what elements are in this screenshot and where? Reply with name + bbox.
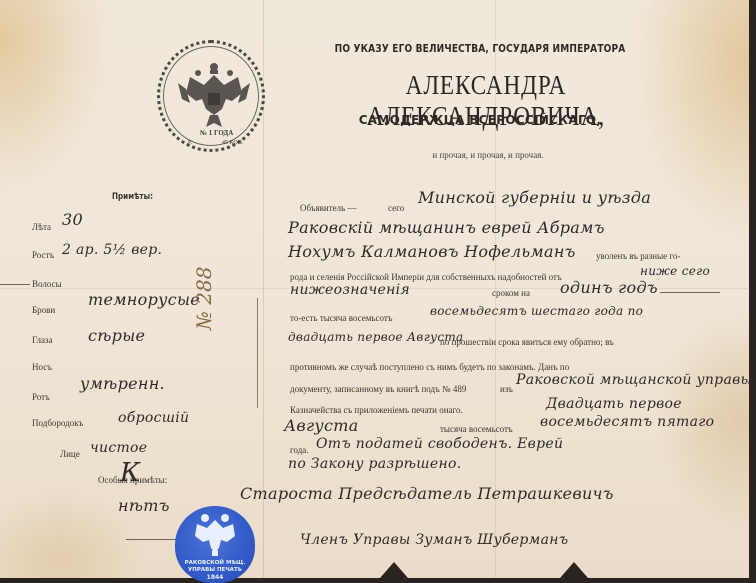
print-term-label: сроком на: [492, 288, 530, 298]
print-document-record: документу, записанному въ книгѣ подъ № 4…: [290, 384, 466, 394]
label-hair: Волосы: [32, 279, 62, 289]
paper-tear: [560, 562, 588, 578]
passport-document: № 1 ГОДА Р. 45 КОП. ПО УКАЗУ ЕГО ВЕЛИЧЕС…: [0, 0, 752, 578]
divider: [0, 284, 30, 285]
hw-from: ниже сего: [640, 264, 710, 278]
hw-year-to: восемьдесятъ шестаго года по: [430, 304, 643, 318]
value-chin: обросшій: [118, 410, 189, 426]
label-age: Лѣта: [32, 222, 51, 232]
initials-mark: К: [120, 458, 140, 488]
double-headed-eagle-icon: РАКОВСКОЙ МѢЩ. УПРАВЫ ПЕЧАТЬ 1844: [175, 506, 255, 583]
label-chin: Подбородокъ: [32, 418, 83, 428]
svg-text:1844: 1844: [207, 574, 224, 581]
paper-tear: [380, 562, 408, 578]
heading-line-4: и прочая, и прочая, и прочая.: [388, 150, 588, 160]
label-mouth: Ротъ: [32, 392, 50, 402]
hw-note-2: по Закону разрѣшено.: [288, 456, 461, 472]
marks-title: Примѣты:: [112, 192, 153, 202]
print-otherwise: противномъ же случаѣ поступлено съ нимъ …: [290, 362, 569, 372]
hw-day-to: двадцать первое Августа: [288, 330, 464, 344]
hw-bearer-name: Нохумъ Калмановъ Нофельманъ: [288, 242, 576, 261]
heading-line-3: САМОДЕРЖЦА ВСЕРОССІЙСКАГО,: [300, 113, 660, 127]
hw-issue-day: Двадцать первое: [546, 396, 682, 412]
double-headed-eagle-icon: № 1 ГОДА Р. 45 КОП.: [160, 43, 268, 155]
value-special-marks: нѣтъ: [118, 496, 170, 515]
hw-issue-year: восемьдесятъ пятаго: [540, 414, 714, 430]
divider: [660, 292, 720, 293]
hw-term: одинъ годъ: [560, 278, 658, 297]
value-mouth: умѣренн.: [80, 374, 165, 393]
signature-member: Членъ Управы Зуманъ Шуберманъ: [300, 532, 568, 548]
svg-text:45 КОП.: 45 КОП.: [222, 140, 244, 146]
label-nose: Носъ: [32, 362, 52, 372]
divider: [126, 539, 178, 540]
heading-line-1: ПО УКАЗУ ЕГО ВЕЛИЧЕСТВА, ГОСУДАРЯ ИМПЕРА…: [332, 42, 627, 55]
value-eyes: сѣрые: [88, 326, 145, 345]
print-purpose: рода и селенія Россійской Имперіи для со…: [290, 272, 562, 282]
serial-number: № 288: [192, 267, 216, 330]
label-height: Ростъ: [32, 250, 54, 260]
print-return: по прошествіи срока явиться ему обратно;…: [440, 337, 614, 347]
value-face: чистое: [90, 440, 147, 456]
hw-issue-month: Августа: [284, 416, 359, 435]
label-eyebrows: Брови: [32, 305, 55, 315]
revenue-seal: № 1 ГОДА Р. 45 КОП.: [157, 40, 265, 152]
bearer-label: Объявитель —: [300, 203, 357, 213]
print-thousand: тысяча восемьсотъ: [440, 424, 513, 434]
sego-label: сего: [388, 203, 404, 213]
print-uvolen: уволенъ въ разные го-: [596, 251, 680, 261]
value-height: 2 ар. 5½ вер.: [62, 242, 162, 258]
print-from: изъ: [500, 384, 513, 394]
hw-note-1: Отъ податей свободенъ. Еврей: [316, 436, 563, 452]
svg-text:№ 1 ГОДА: № 1 ГОДА: [199, 129, 233, 137]
hw-status-line: Раковскій мѣщанинъ еврей Абрамъ: [288, 218, 605, 237]
signature-elder: Староста Предсѣдатель Петрашкевичъ: [240, 484, 614, 503]
svg-text:РАКОВСКОЙ МѢЩ.: РАКОВСКОЙ МѢЩ.: [185, 558, 246, 566]
value-eyebrows: темнорусые: [88, 290, 200, 309]
blue-ink-seal: РАКОВСКОЙ МѢЩ. УПРАВЫ ПЕЧАТЬ 1844: [175, 506, 255, 583]
value-age: 30: [62, 210, 83, 229]
svg-text:УПРАВЫ ПЕЧАТЬ: УПРАВЫ ПЕЧАТЬ: [188, 567, 242, 573]
label-face: Лице: [60, 449, 80, 459]
print-to-est: то-есть тысяча восемьсотъ: [290, 313, 392, 323]
svg-text:Р.: Р.: [188, 140, 193, 146]
hw-date-from: нижеозначенія: [290, 282, 410, 298]
print-treasury: Казначейства съ приложеніемъ печати онаг…: [290, 405, 463, 415]
divider: [257, 298, 258, 408]
hw-province: Минской губерніи и уѣзда: [418, 188, 651, 207]
print-year-suffix: года.: [290, 445, 309, 455]
hw-issuing-office: Раковской мѣщанской управы: [516, 372, 752, 388]
label-eyes: Глаза: [32, 335, 53, 345]
